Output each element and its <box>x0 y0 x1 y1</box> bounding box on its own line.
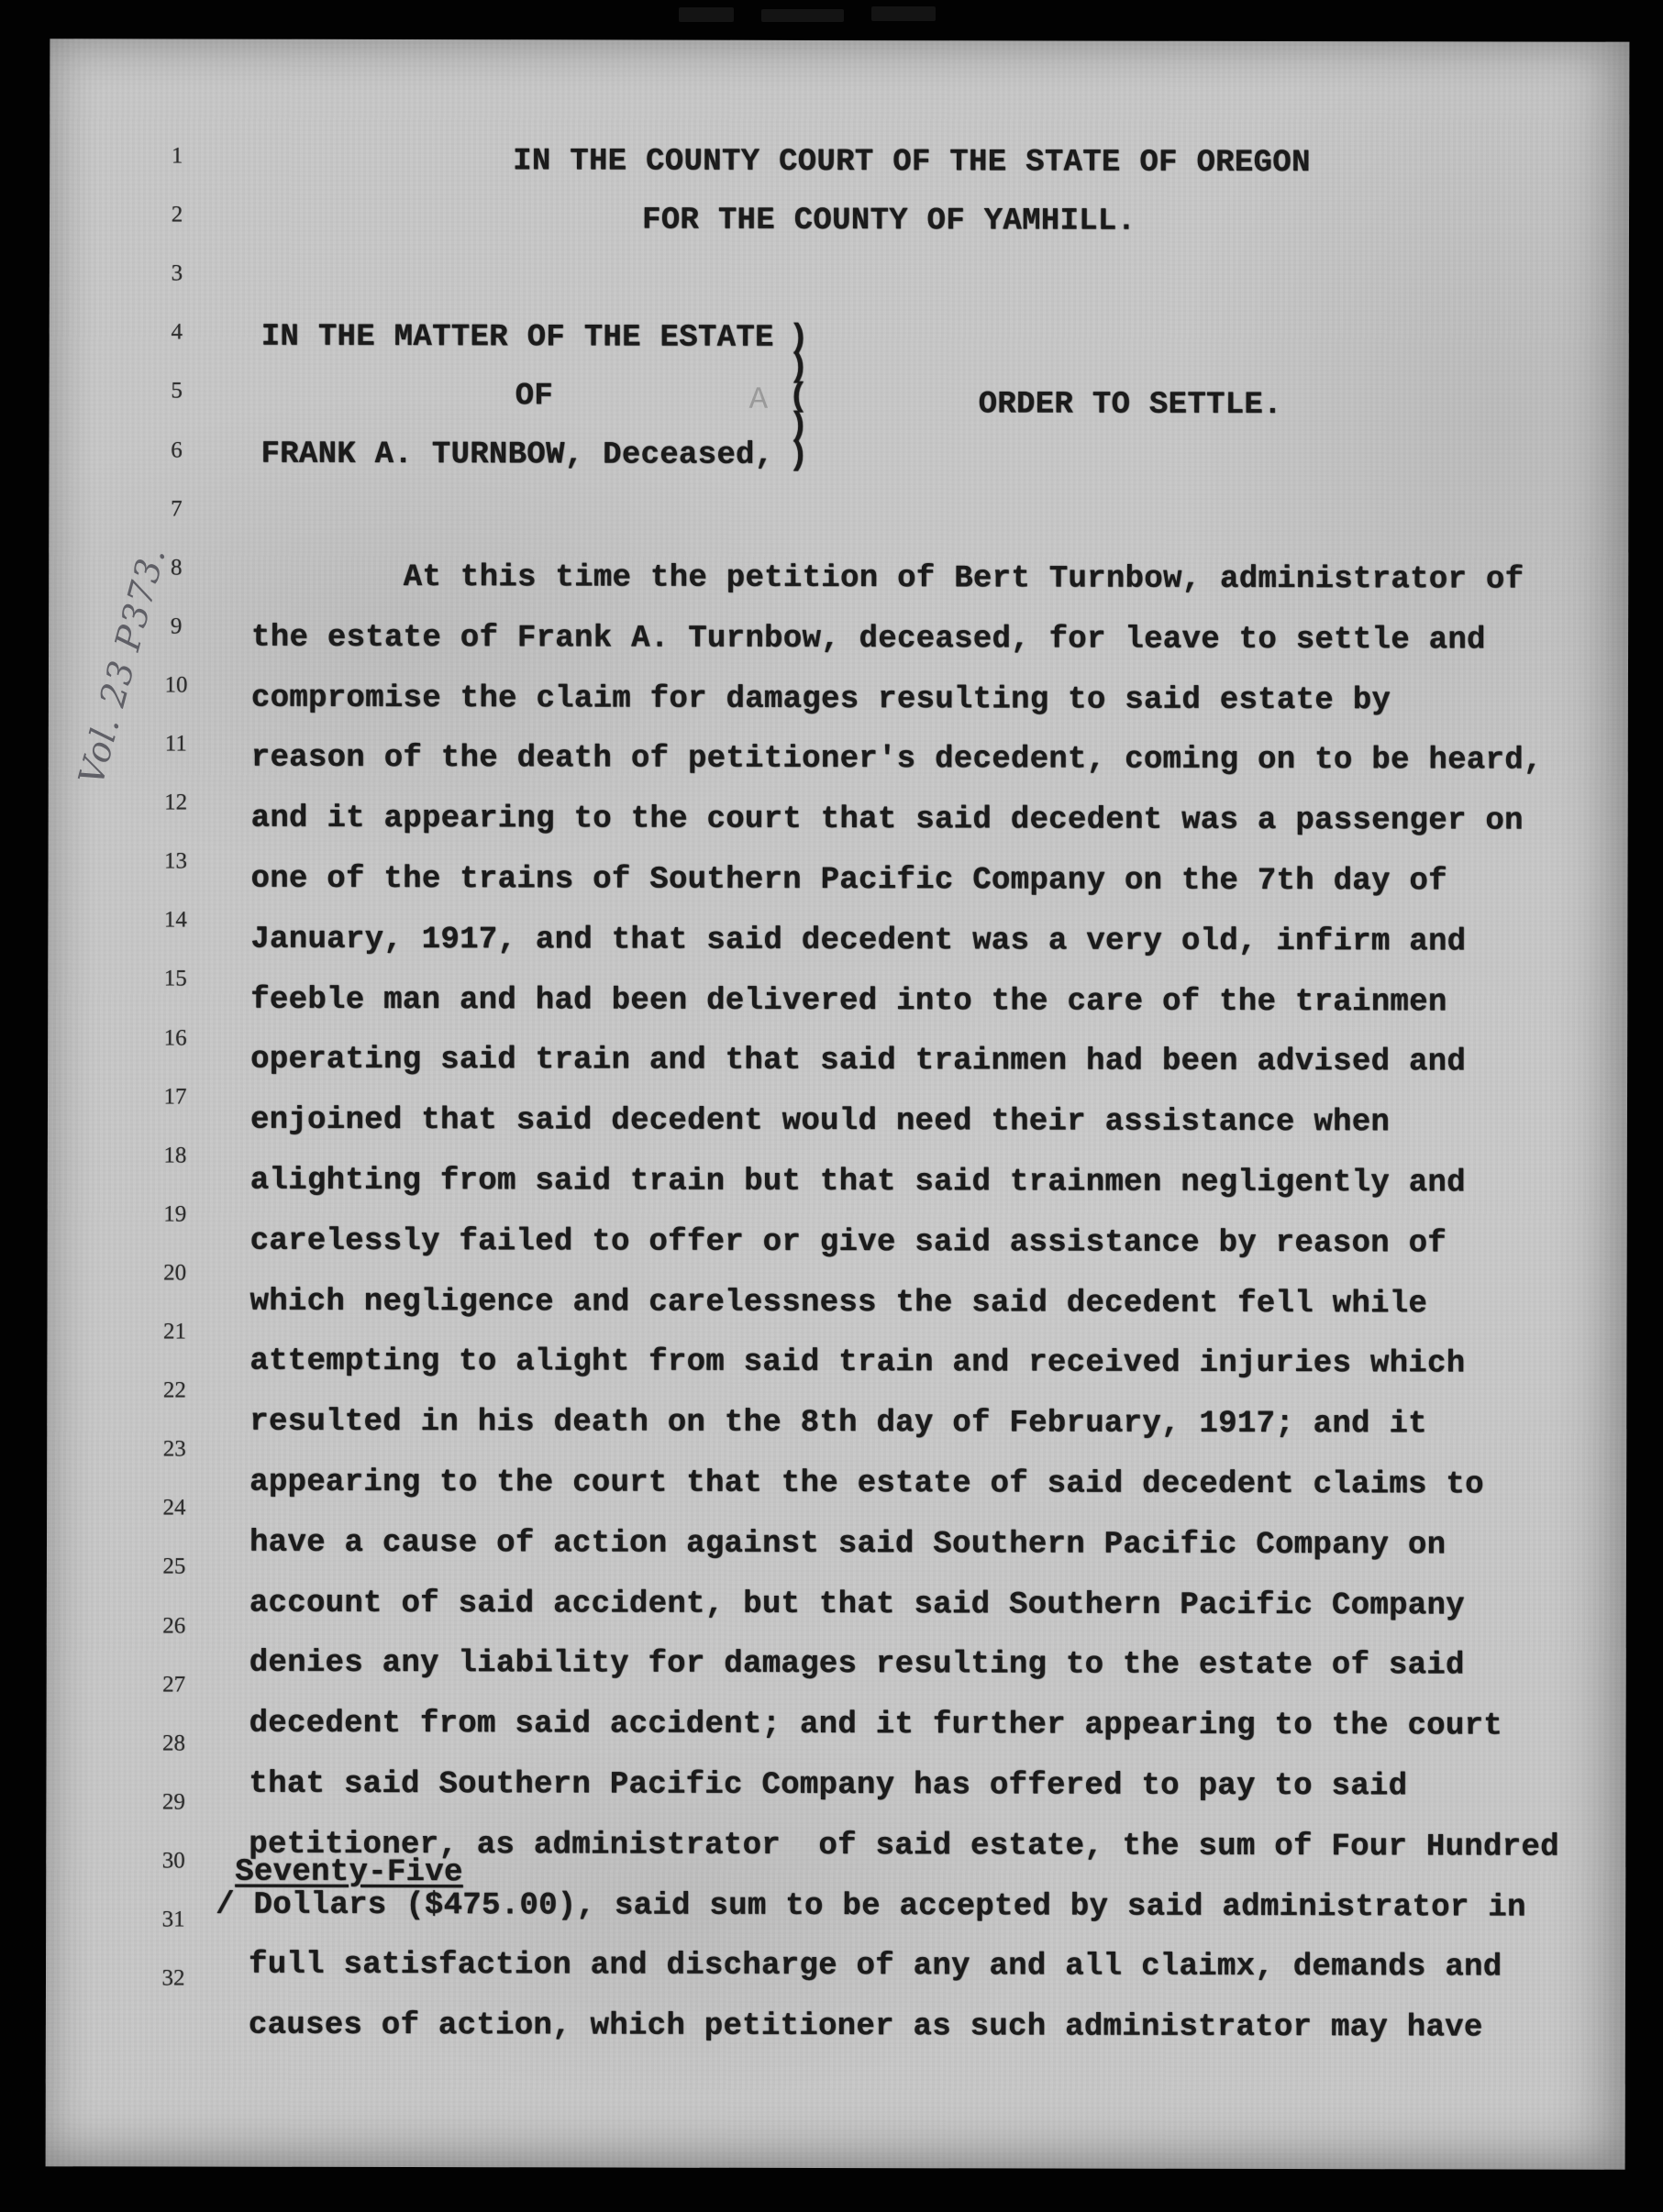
order-title: ORDER TO SETTLE. <box>979 387 1282 423</box>
body-line: feeble man and had been delivered into t… <box>250 982 1447 1020</box>
body-line: operating said train and that said train… <box>250 1043 1466 1080</box>
line-number: 11 <box>150 732 203 756</box>
body-line: decedent from said accident; and it furt… <box>249 1707 1502 1744</box>
line-number: 13 <box>150 850 203 874</box>
line-number: 27 <box>148 1673 201 1697</box>
line-number: 28 <box>148 1731 201 1755</box>
body-line: and it appearing to the court that said … <box>251 802 1524 839</box>
body-line: alighting from said train but that said … <box>250 1164 1466 1201</box>
stray-typed-char: A <box>749 383 769 418</box>
line-number: 1 <box>150 144 204 168</box>
line-number: 23 <box>148 1438 201 1462</box>
film-edge-mark <box>679 7 734 22</box>
line-number: 16 <box>149 1026 202 1050</box>
line-number: 12 <box>150 791 203 815</box>
line-number: 19 <box>149 1202 202 1226</box>
line-number: 10 <box>150 673 203 697</box>
line-number: 25 <box>148 1555 201 1579</box>
body-line: full satisfaction and discharge of any a… <box>249 1948 1502 1985</box>
line-number: 29 <box>147 1790 200 1814</box>
line-number: 21 <box>148 1320 201 1344</box>
body-line: denies any liability for damages resulti… <box>249 1646 1465 1684</box>
line-number: 18 <box>149 1144 202 1167</box>
court-header-line1: IN THE COUNTY COURT OF THE STATE OF OREG… <box>513 144 1311 181</box>
court-header-line2: FOR THE COUNTY OF YAMHILL. <box>642 204 1136 239</box>
line-number: 9 <box>150 614 203 638</box>
body-line: reason of the death of petitioner's dece… <box>251 741 1543 779</box>
body-line: carelessly failed to offer or give said … <box>250 1223 1447 1261</box>
body-line: account of said accident, but that said … <box>249 1586 1465 1623</box>
body-line: At this time the petition of Bert Turnbo… <box>251 560 1524 598</box>
body-line: that said Southern Pacific Company has o… <box>249 1767 1407 1805</box>
body-line: which negligence and carelessness the sa… <box>250 1284 1428 1322</box>
line-number: 17 <box>149 1085 202 1109</box>
caption-party-line: IN THE MATTER OF THE ESTATE <box>261 320 774 356</box>
line-number: 4 <box>150 321 204 345</box>
body-line: have a cause of action against said Sout… <box>249 1525 1446 1563</box>
body-line: petitioner, as administrator of said est… <box>249 1827 1559 1864</box>
line-number: 22 <box>148 1379 201 1403</box>
film-edge-mark <box>761 9 844 22</box>
line-number: 15 <box>149 968 202 991</box>
line-number: 20 <box>149 1261 202 1285</box>
body-line: the estate of Frank A. Turnbow, deceased… <box>251 620 1486 658</box>
microfilm-background: IN THE COUNTY COURT OF THE STATE OF OREG… <box>0 0 1663 2212</box>
line-number: 2 <box>150 204 204 227</box>
line-number: 5 <box>150 380 204 404</box>
body-line: / Dollars ($475.00), said sum to be acce… <box>216 1887 1526 1925</box>
film-edge-mark <box>871 6 936 21</box>
body-line: enjoined that said decedent would need t… <box>250 1103 1390 1141</box>
body-line: January, 1917, and that said decedent wa… <box>250 922 1466 959</box>
body-line: resulted in his death on the 8th day of … <box>249 1405 1427 1443</box>
body-line: causes of action, which petitioner as su… <box>249 2008 1483 2046</box>
caption-party-line: FRANK A. TURNBOW, Deceased, <box>261 437 773 473</box>
line-number: 26 <box>148 1614 201 1638</box>
body-line: compromise the claim for damages resulti… <box>251 680 1391 718</box>
caption-party-line: OF <box>516 379 554 414</box>
line-number: 31 <box>147 1908 200 1931</box>
caption-bracket: ) <box>788 438 808 473</box>
line-number: 32 <box>147 1967 200 1991</box>
body-line: appearing to the court that the estate o… <box>249 1465 1484 1503</box>
line-number: 7 <box>150 497 203 521</box>
body-line: one of the trains of Southern Pacific Co… <box>250 862 1447 900</box>
line-number: 3 <box>150 262 204 286</box>
body-line: attempting to alight from said train and… <box>249 1344 1465 1382</box>
line-number: 14 <box>149 909 202 933</box>
line-number: 8 <box>150 556 203 580</box>
line-number: 30 <box>147 1849 200 1873</box>
document-page: IN THE COUNTY COURT OF THE STATE OF OREG… <box>46 39 1630 2170</box>
line-number: 6 <box>150 438 203 462</box>
line-number: 24 <box>148 1497 201 1521</box>
